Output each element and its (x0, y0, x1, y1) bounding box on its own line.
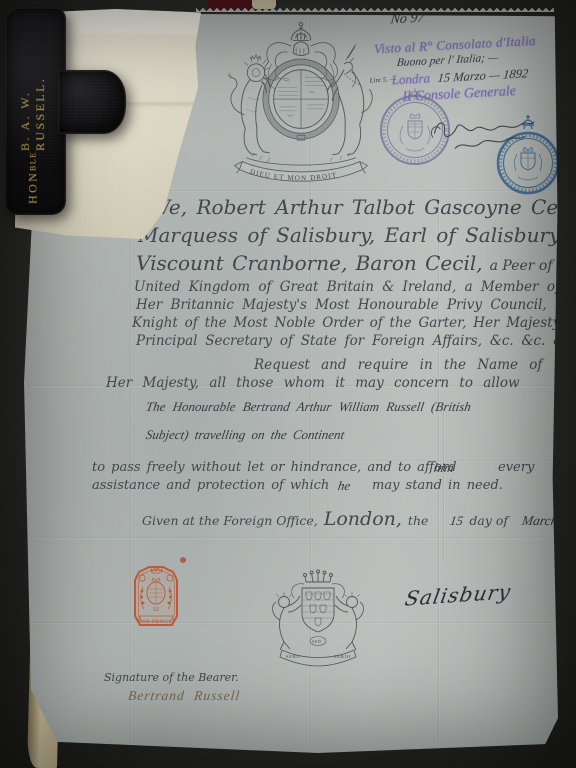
salisbury-coat-of-arms: SERO SED SERIO (258, 568, 378, 672)
leather-cover-tab (58, 70, 126, 134)
consul-signature-flourish (427, 102, 540, 166)
issue-city: London, (324, 508, 402, 530)
document-line-4: United Kingdom of Great Britain & Irelan… (134, 279, 560, 295)
document-line-5: Her Britannic Majesty's Most Honourable … (136, 297, 547, 313)
salisbury-motto-right: SERIO (334, 654, 351, 659)
spine-label-superscript: BLE (29, 151, 38, 171)
garter-shield (263, 59, 339, 140)
document-line-7: Principal Secretary of State for Foreign… (136, 333, 576, 349)
document-line-11a: assistance and protection of which (92, 478, 329, 493)
londra-stamp: Londra (391, 70, 430, 88)
revenue-stamp-value: SIX PENCE (139, 619, 173, 625)
bearer-signature-label: Signature of the Bearer. (104, 671, 239, 684)
bearer-name-line-2: Subject) travelling on the Continent (145, 427, 346, 443)
fold-crease (28, 537, 556, 539)
serrated-edge (196, 7, 554, 12)
visa-number: No 97 (390, 11, 425, 29)
revenue-stamp-numeral: 92 (153, 607, 159, 613)
issue-day: 15 (449, 513, 465, 529)
document-line-10a: to pass freely without let or hindrance,… (92, 460, 456, 475)
lion-rampant-left-icon (273, 592, 301, 650)
helmet-icon (293, 42, 309, 56)
spine-label-prefix: HON (26, 171, 41, 204)
minister-signature: Salisbury (403, 579, 513, 610)
issue-line-prefix: Given at the Foreign Office, (142, 513, 318, 528)
document-line-9: Her Majesty, all those whom it may conce… (106, 375, 520, 391)
salisbury-motto-center: SED (312, 639, 321, 644)
document-line-8: Request and require in the Name of (254, 357, 542, 373)
document-line-3b: a Peer of the (490, 258, 576, 274)
issue-date: March 1892 (521, 513, 576, 529)
visa-annotations: No 97 Visto al R° Consolato d'Italia Buo… (360, 0, 576, 221)
document-line-1: We, Robert Arthur Talbot Gascoyne Cecil, (150, 195, 576, 219)
document-line-11b: may stand in need. (372, 478, 503, 493)
issue-line: Given at the Foreign Office, London, the… (142, 508, 576, 530)
passport-photo-scene: DIEU ET MON DROIT (0, 0, 576, 768)
cover-spine-label: HONBLE B. A. W. RUSSELL. (23, 18, 43, 204)
document-line-3a: Viscount Cranborne, Baron Cecil, (136, 251, 483, 275)
pronoun-he: he (337, 478, 352, 494)
document-line-2: Marquess of Salisbury, Earl of Salisbury… (138, 223, 564, 247)
issue-the: the (408, 513, 428, 528)
document-line-10b: every (498, 460, 534, 475)
document-line-6: Knight of the Most Noble Order of the Ga… (132, 315, 571, 331)
revenue-stamp: 92 SIX PENCE (127, 563, 185, 633)
lion-rampant-right-icon (335, 592, 363, 650)
issue-day-of: day of (469, 513, 508, 528)
spine-label-name: B. A. W. RUSSELL. (18, 18, 48, 151)
coronet-icon (304, 570, 333, 582)
red-ink-dot (180, 557, 186, 563)
crown-icon (291, 23, 311, 41)
console-generale-stamp: Il Console Generale (402, 84, 516, 106)
bearer-name-line-1: The Honourable Bertrand Arthur William R… (145, 399, 472, 415)
pronoun-him: him (433, 460, 455, 476)
salisbury-motto-left: SERO (286, 654, 301, 659)
bearer-signature: Bertrand Russell (127, 688, 241, 704)
document-line-3: Viscount Cranborne, Baron Cecil, a Peer … (136, 251, 576, 275)
